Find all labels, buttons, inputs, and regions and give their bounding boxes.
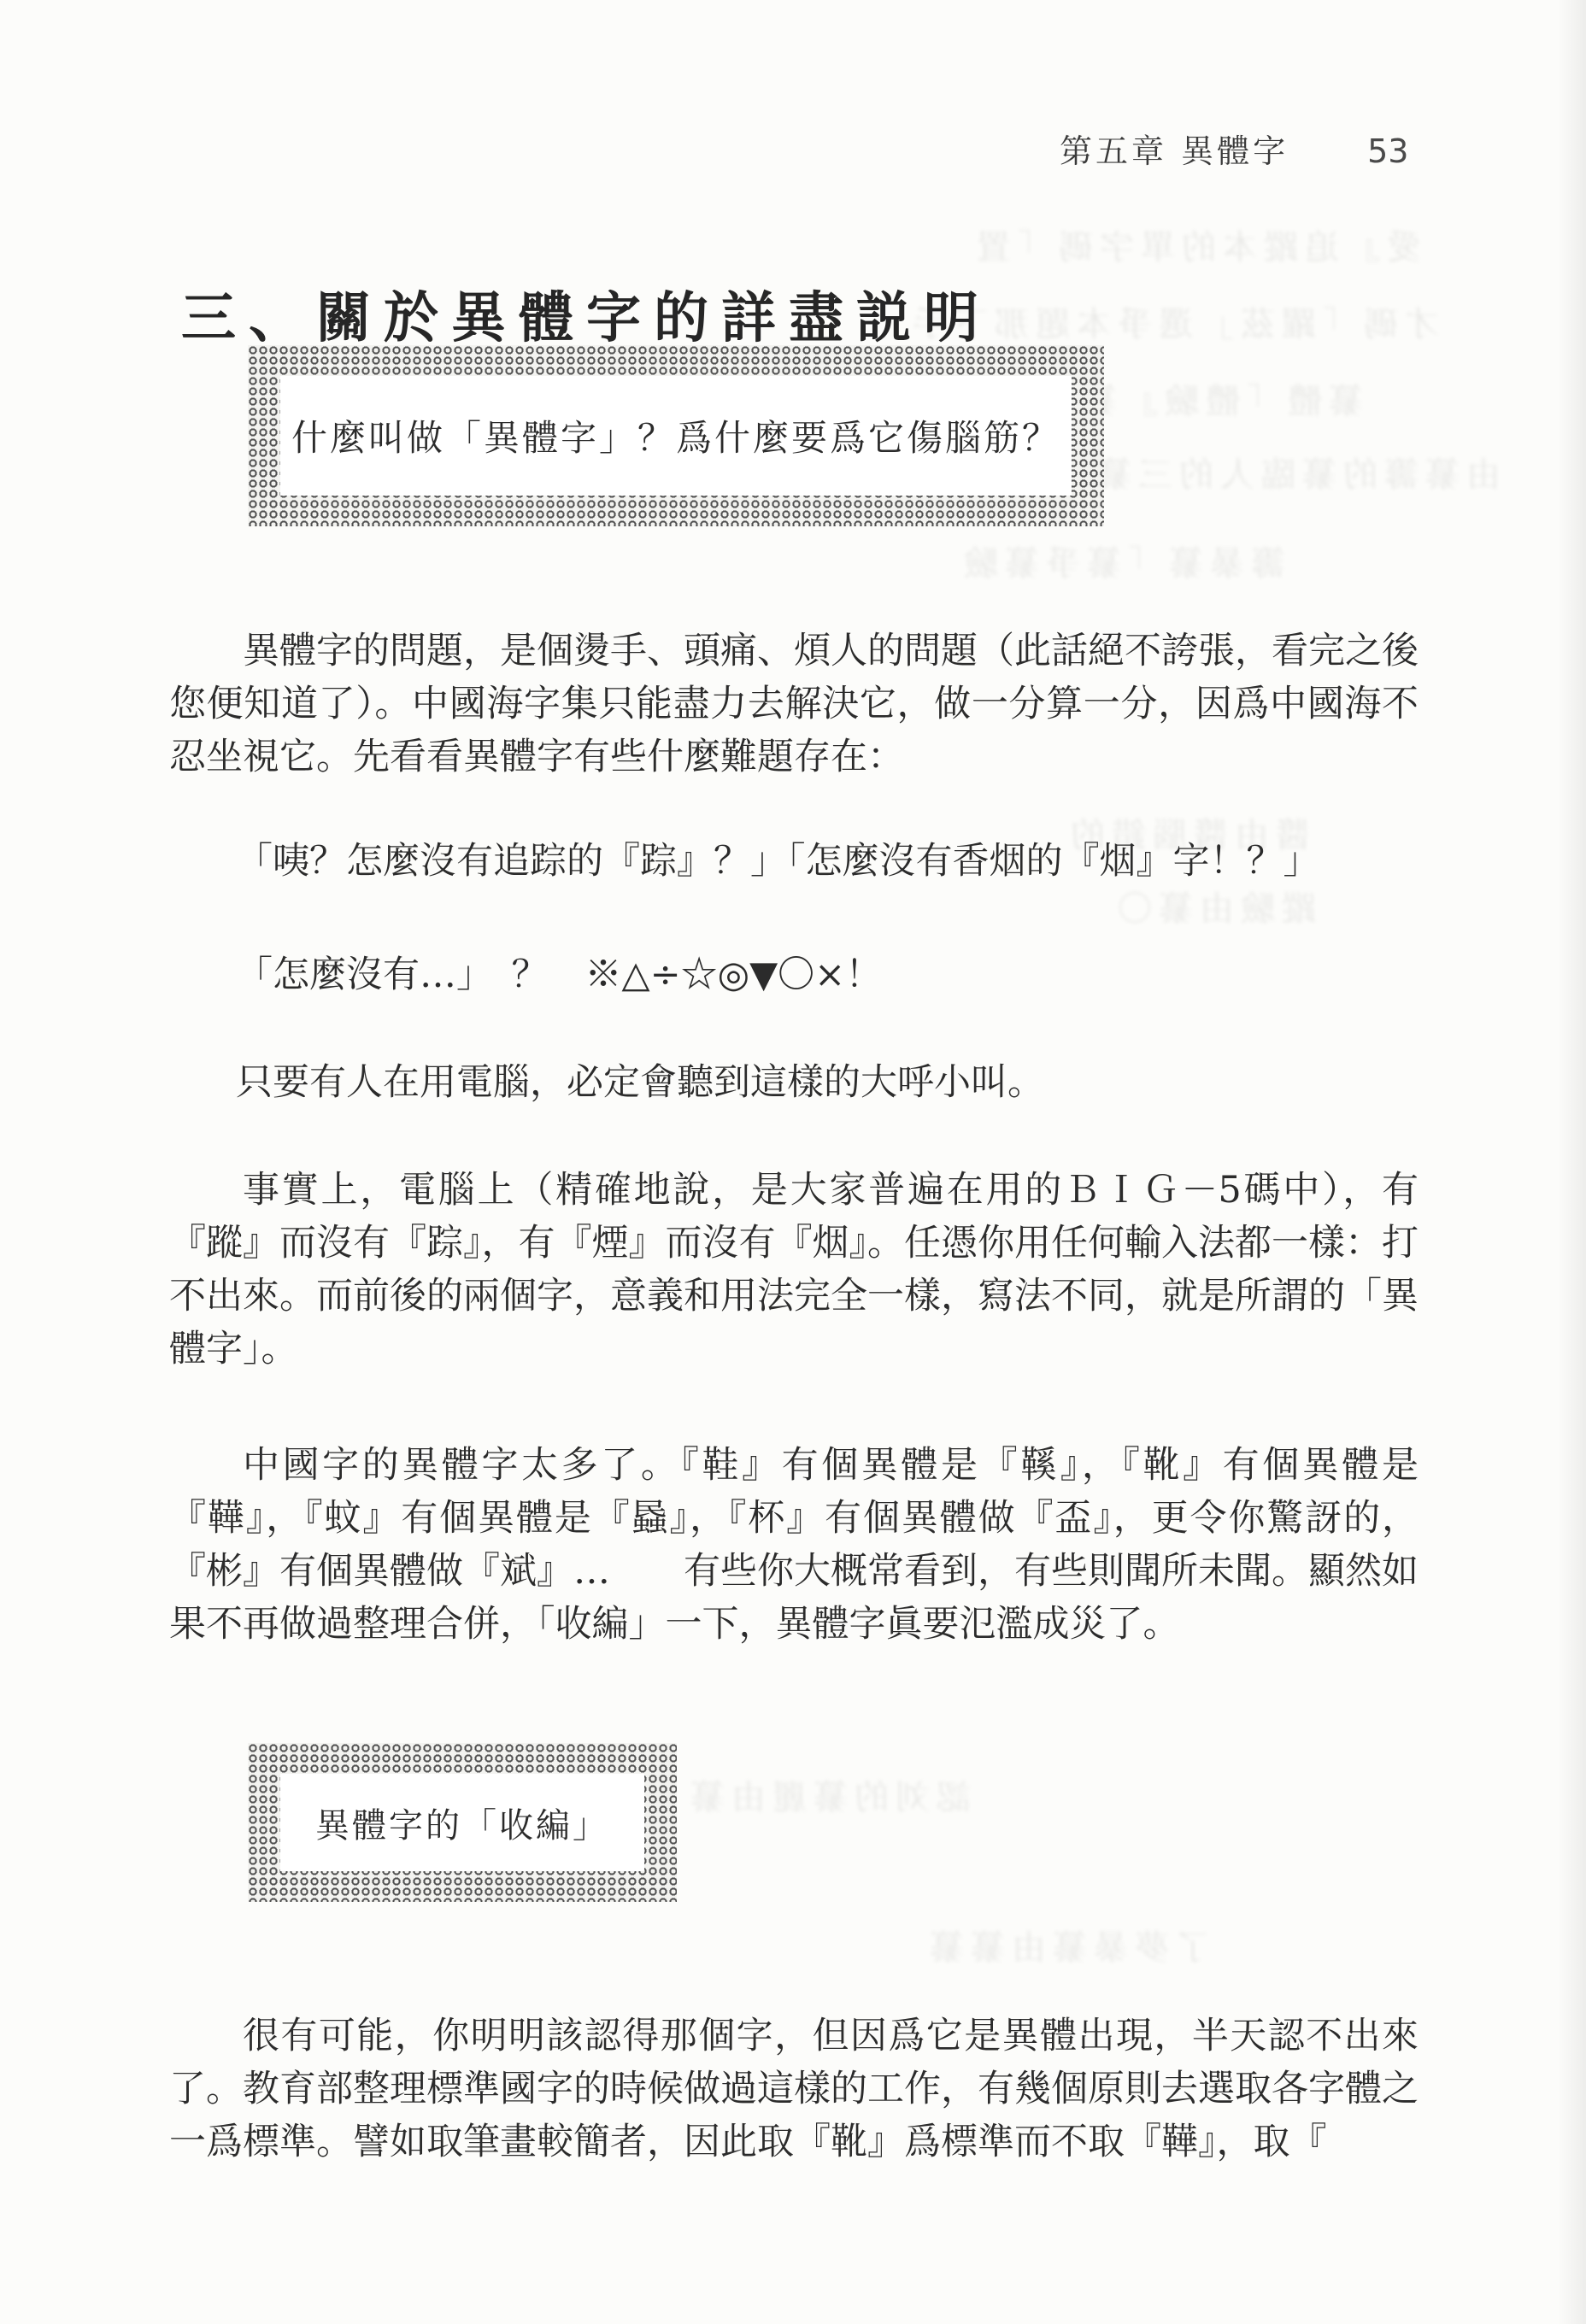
- paragraph-standardization: 很有可能，你明明該認得那個字，但因爲它是異體出現，半天認不出來了。教育部整理標準…: [169, 2010, 1419, 2168]
- running-head: 第五章 異體字 53: [1060, 125, 1461, 172]
- scan-edge-shadow: [1557, 0, 1586, 2324]
- section-title: 三、關於異體字的詳盡説明: [181, 274, 991, 353]
- paragraph-computer-users: 只要有人在用電腦，必定會聽到這樣的大呼小叫。: [169, 1056, 1419, 1109]
- callout-box-what-is-variant: 什麼叫做「異體字」？爲什麼要爲它傷腦筋？: [248, 345, 1104, 526]
- chapter-title: 第五章 異體字: [1060, 125, 1289, 172]
- paragraph-big5-explanation: 事實上，電腦上（精確地說，是大家普遍在用的ＢＩＧ－5碼中），有『蹤』而沒有『踪』…: [169, 1164, 1419, 1376]
- page-number: 53: [1367, 132, 1408, 170]
- bleedthrough-text: 愛』追蹤本的單字碼「置: [970, 220, 1421, 269]
- callout-box-consolidation: 異體字的「收編」: [248, 1743, 677, 1902]
- callout-box-text: 什麼叫做「異體字」？爲什麼要爲它傷腦筋？: [280, 376, 1072, 496]
- paragraph-dialog-symbols: 「怎麼沒有…」 ？ ※△÷☆◎▼〇×！: [169, 948, 1419, 1001]
- bleedthrough-text: 蹤驗由纂〇: [1111, 882, 1316, 930]
- scanned-book-page: 愛』追蹤本的單字碼「置 才碼「躍茲」選爭本題那下手 纂體「體驗』纂簧三纂 由纂籌…: [0, 0, 1586, 2324]
- paragraph-intro: 異體字的問題，是個燙手、頭痛、煩人的問題（此話絕不誇張，看完之後您便知道了）。中…: [169, 625, 1419, 783]
- callout-box-text: 異體字的「收編」: [280, 1774, 644, 1871]
- bleedthrough-text: 籌暴纂「纂爭纂驗: [957, 537, 1285, 585]
- bleedthrough-text: 了夢暴纂由纂纂: [923, 1921, 1210, 1969]
- paragraph-dialog-quote: 「咦？怎麼沒有追踪的『踪』？」「怎麼沒有香烟的『烟』字！？」: [169, 835, 1419, 888]
- paragraph-variant-examples: 中國字的異體字太多了。『鞋』有個異體是『鞵』，『靴』有個異體是『鞾』，『蚊』有個…: [169, 1439, 1419, 1651]
- bleedthrough-text: 認刘的纂麗由纂: [684, 1770, 971, 1819]
